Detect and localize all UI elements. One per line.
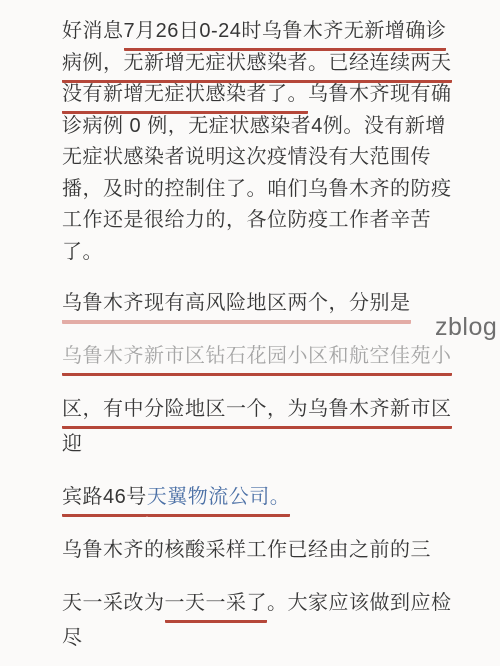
text-line: 天一采改为一天一采了。大家应该做到应检	[62, 586, 442, 621]
text-line: 诊病例 0 例，无症状感染者4例。没有新增	[62, 111, 442, 143]
text-line: 病例，无新增无症状感染者。已经连续两天	[62, 48, 442, 80]
link-tianyi-logistics[interactable]: 天翼物流公司。	[147, 486, 291, 517]
paragraph-high-risk-areas: 乌鲁木齐现有高风险地区两个，分别是	[62, 286, 442, 321]
text-line: 播，及时的控制住了。咱们乌鲁木齐的防疫	[62, 174, 442, 206]
text-line: 区，有中分险地区一个，为乌鲁木齐新市区	[62, 392, 442, 427]
text-segment: 工作还是很给力的，各位防疫工作者辛苦	[62, 209, 431, 231]
pink-underlined-text-segment: 乌鲁木齐现有高风险地区两个，分别是	[62, 292, 411, 324]
article-screenshot: 好消息7月26日0-24时乌鲁木齐无新增确诊 病例，无新增无症状感染者。已经连续…	[0, 0, 500, 666]
paragraph-covid-update: 好消息7月26日0-24时乌鲁木齐无新增确诊 病例，无新增无症状感染者。已经连续…	[62, 16, 442, 268]
paragraph-testing-frequency: 天一采改为一天一采了。大家应该做到应检 尽	[62, 586, 442, 656]
text-segment: 乌鲁木齐的核酸采样工作已经由之前的三	[62, 539, 431, 561]
text-line: 乌鲁木齐的核酸采样工作已经由之前的三	[62, 533, 442, 568]
paragraph-testing-intro: 乌鲁木齐的核酸采样工作已经由之前的三	[62, 533, 442, 568]
text-segment: 诊病例 0 例，无症状感染者4例。没有新增	[62, 115, 446, 137]
text-segment: 好消息	[62, 20, 124, 42]
underlined-text-segment: 没有新增无症状感染者了。	[62, 83, 308, 114]
text-line: 无症状感染者说明这次疫情没有大范围传	[62, 142, 442, 174]
text-line: 了。	[62, 237, 442, 269]
paragraph-address: 宾路46号天翼物流公司。	[62, 480, 442, 515]
text-line: 迎	[62, 427, 442, 462]
zblog-watermark: zblog	[435, 309, 497, 345]
underlined-text-segment: 病例，无新增无症状感染者。已经连续两天	[62, 52, 452, 83]
text-line: 好消息7月26日0-24时乌鲁木齐无新增确诊	[62, 16, 442, 48]
text-line: 没有新增无症状感染者了。乌鲁木齐现有确	[62, 79, 442, 111]
text-segment: 尽	[62, 627, 83, 649]
faded-underlined-text-segment: 乌鲁木齐新市区钻石花园小区和航空佳苑小	[62, 345, 452, 376]
text-segment: 。大家应该做到应检	[267, 592, 452, 614]
paragraph-medium-risk-area: 区，有中分险地区一个，为乌鲁木齐新市区 迎	[62, 392, 442, 462]
underlined-text-segment: 宾路46号	[62, 486, 147, 517]
underlined-text-segment: 区，有中分险地区一个，为乌鲁木齐新市区	[62, 398, 452, 429]
text-line: 乌鲁木齐现有高风险地区两个，分别是	[62, 286, 442, 321]
paragraph-district-names: 乌鲁木齐新市区钻石花园小区和航空佳苑小	[62, 339, 442, 374]
text-segment: 播，及时的控制住了。咱们乌鲁木齐的防疫	[62, 178, 452, 200]
text-line: 乌鲁木齐新市区钻石花园小区和航空佳苑小	[62, 339, 442, 374]
text-segment: 无症状感染者说明这次疫情没有大范围传	[62, 146, 431, 168]
text-segment: 迎	[62, 433, 83, 455]
text-line: 宾路46号天翼物流公司。	[62, 480, 442, 515]
text-segment: 乌鲁木齐现有确	[308, 83, 452, 105]
text-segment: 天一采改为	[62, 592, 165, 614]
text-line: 尽	[62, 621, 442, 656]
text-line: 工作还是很给力的，各位防疫工作者辛苦	[62, 205, 442, 237]
text-segment: 了。	[62, 241, 103, 263]
underlined-text-segment: 一天一采了	[165, 592, 268, 623]
underlined-text-segment: 7月26日0-24时乌鲁木齐无新增确诊	[124, 20, 447, 51]
